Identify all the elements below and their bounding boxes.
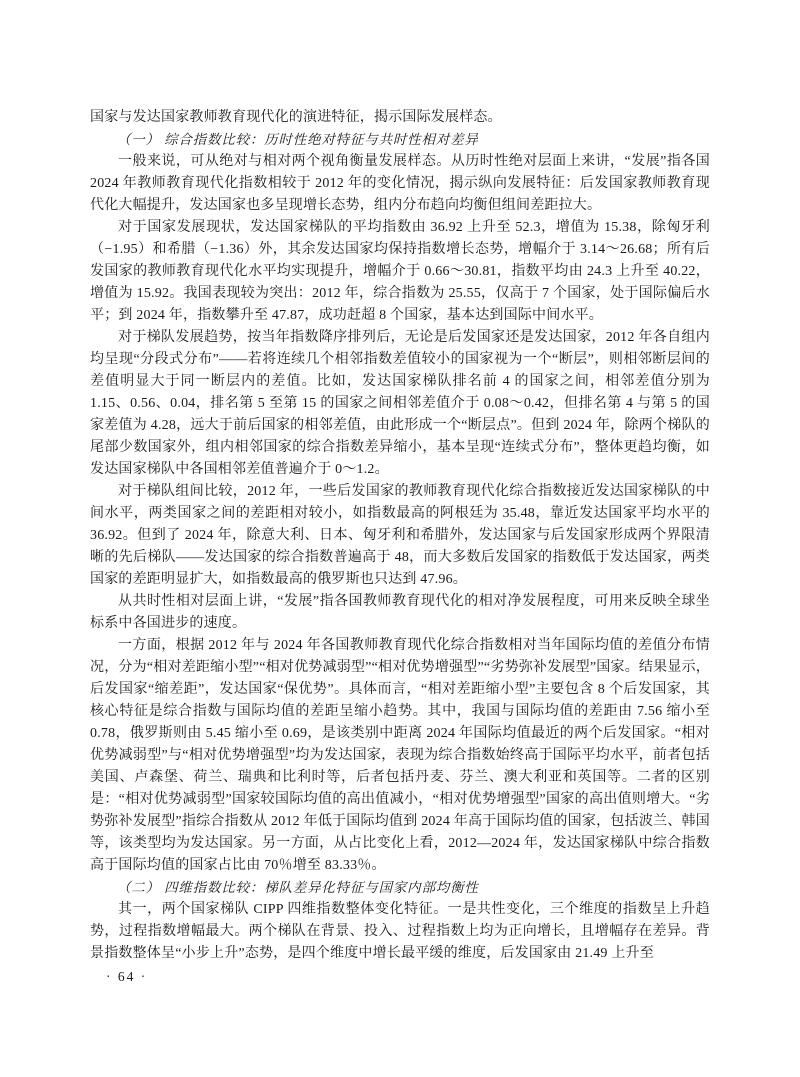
paragraph: 对于梯队发展趋势，按当年指数降序排列后，无论是后发国家还是发达国家，2012 年… [90,327,710,481]
paragraph-continuation: 国家与发达国家教师教育现代化的演进特征，揭示国际发展样态。 [90,107,710,129]
section-heading-2: （二） 四维指数比较：梯队差异化特征与国家内部均衡性 [90,877,710,899]
paragraph: 对于梯队组间比较，2012 年，一些后发国家的教师教育现代化综合指数接近发达国家… [90,481,710,591]
paragraph: 从共时性相对层面上讲，“发展”指各国教师教育现代化的相对净发展程度，可用来反映全… [90,591,710,635]
paragraph: 一般来说，可从绝对与相对两个视角衡量发展样态。从历时性绝对层面上来讲，“发展”指… [90,151,710,217]
text-block: 国家与发达国家教师教育现代化的演进特征，揭示国际发展样态。 （一） 综合指数比较… [90,107,710,965]
paragraph: 对于国家发展现状，发达国家梯队的平均指数由 36.92 上升至 52.3，增值为… [90,217,710,327]
page-number: · 64 · [90,966,710,988]
paragraph: 一方面，根据 2012 年与 2024 年各国教师教育现代化综合指数相对当年国际… [90,635,710,877]
section-heading-1: （一） 综合指数比较：历时性绝对特征与共时性相对差异 [90,129,710,151]
paragraph: 其一，两个国家梯队 CIPP 四维指数整体变化特征。一是共性变化，三个维度的指数… [90,899,710,965]
document-page: 国家与发达国家教师教育现代化的演进特征，揭示国际发展样态。 （一） 综合指数比较… [0,0,800,1077]
